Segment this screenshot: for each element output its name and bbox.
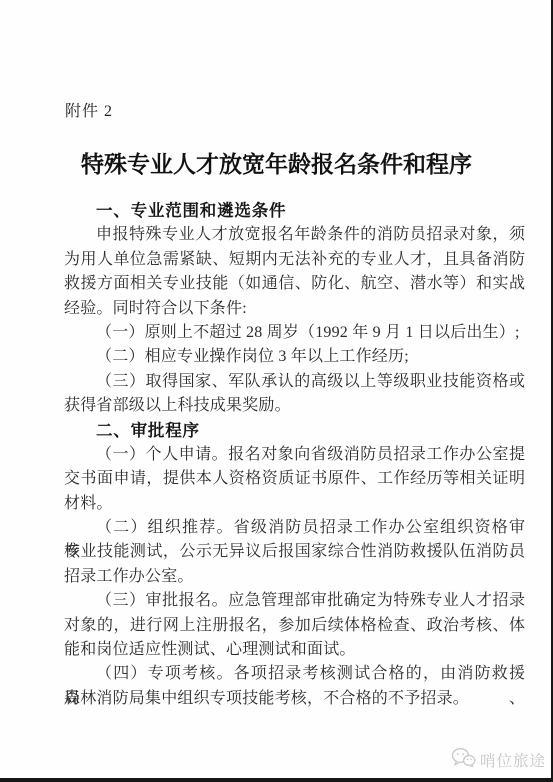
text-line: 对象的，进行网上注册报名，参加后续体格检查、政治考核、体 [64,614,525,638]
text-line: 经验。同时符合以下条件: [64,297,525,321]
section-heading-2: 二、审批程序 [64,419,525,443]
text-line: 森林消防局集中组织专项技能考核，不合格的不予招录。 [64,687,525,711]
text-line: 专业技能测试，公示无异议后报国家综合性消防救援队伍消防员 [64,540,525,564]
text-line: 为用人单位急需紧缺、短期内无法补充的专业人才，且具备消防 [64,248,525,272]
text-line: 申报特殊专业人才放宽报名年龄条件的消防员招录对象，须 [64,223,525,247]
text-line: （四）专项考核。各项招录考核测试合格的，由消防救援局、 [64,662,525,686]
text-line: 救援方面相关专业技能（如通信、防化、航空、潜水等）和实战 [64,272,525,296]
text-line: 材料。 [64,492,525,516]
text-line: （一）原则上不超过 28 周岁（1992 年 9 月 1 日以后出生）; [64,321,525,345]
text-line: 能和岗位适应性测试、心理测试和面试。 [64,638,525,662]
text-line: （三）取得国家、军队承认的高级以上等级职业技能资格或 [64,370,525,394]
watermark: 哨位旅途 [451,747,546,773]
section-heading-1: 一、专业范围和遴选条件 [64,199,525,223]
text-line: 获得省部级以上科技成果奖励。 [64,394,525,418]
document-page: 附件 2 特殊专业人才放宽年龄报名条件和程序 一、专业范围和遴选条件 申报特殊专… [0,0,553,782]
text-line: （三）审批报名。应急管理部审批确定为特殊专业人才招录 [64,589,525,613]
wechat-logo-icon [451,747,476,773]
attachment-label: 附件 2 [65,98,113,121]
document-title: 特殊专业人才放宽年龄报名条件和程序 [0,146,553,179]
bottom-bar [0,778,553,782]
text-line: （二）相应专业操作岗位 3 年以上工作经历; [64,345,525,369]
text-line: 招录工作办公室。 [64,565,525,589]
watermark-label: 哨位旅途 [480,749,546,771]
text-line: 交书面申请，提供本人资格资质证书原件、工作经历等相关证明 [64,467,525,491]
text-line: （二）组织推荐。省级消防员招录工作办公室组织资格审核、 [64,516,525,540]
text-line: （一）个人申请。报名对象向省级消防员招录工作办公室提 [64,443,525,467]
document-body: 一、专业范围和遴选条件 申报特殊专业人才放宽报名年龄条件的消防员招录对象，须 为… [64,199,525,711]
